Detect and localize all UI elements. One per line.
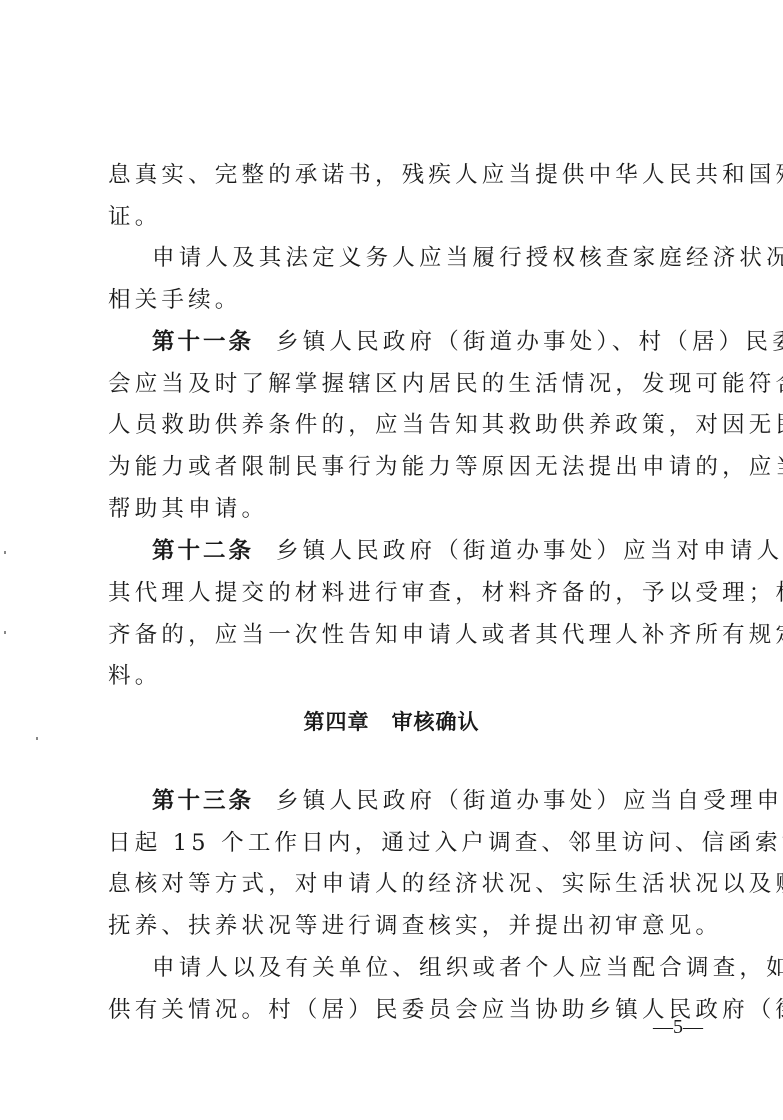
text-line: 抚养、扶养状况等进行调查核实，并提出初审意见。 — [108, 911, 704, 941]
text-line: 息真实、完整的承诺书，残疾人应当提供中华人民共和国残疾人 — [108, 160, 704, 190]
article-11-first-line: 第十一条乡镇人民政府（街道办事处）、村（居）民委员 — [152, 327, 704, 357]
chapter-number: 第四章 — [304, 710, 370, 734]
text-line: 人员救助供养条件的，应当告知其救助供养政策，对因无民事行 — [108, 410, 704, 440]
text-line: 申请人及其法定义务人应当履行授权核查家庭经济状况的 — [152, 243, 704, 273]
text-line: 料。 — [108, 661, 704, 691]
text-line: 乡镇人民政府（街道办事处）应当对申请人或者 — [276, 538, 783, 564]
article-13-first-line: 第十三条乡镇人民政府（街道办事处）应当自受理申请之 — [152, 786, 704, 816]
chapter-title: 审核确认 — [392, 710, 480, 734]
article-label: 第十一条 — [152, 329, 254, 355]
scan-mark — [4, 631, 6, 634]
text-line: 日起 15 个工作日内，通过入户调查、邻里访问、信函索证、信 — [108, 828, 704, 858]
text-line: 齐备的，应当一次性告知申请人或者其代理人补齐所有规定材 — [108, 620, 704, 650]
article-label: 第十二条 — [152, 538, 254, 564]
scan-mark — [36, 737, 38, 740]
text-line: 证。 — [108, 202, 704, 232]
chapter-heading: 第四章审核确认 — [0, 706, 783, 736]
text-line: 其代理人提交的材料进行审查，材料齐备的，予以受理；材料不 — [108, 578, 704, 608]
scan-mark — [4, 551, 6, 554]
document-page: 息真实、完整的承诺书，残疾人应当提供中华人民共和国残疾人 证。 申请人及其法定义… — [0, 0, 783, 1120]
text-line: 息核对等方式，对申请人的经济状况、实际生活状况以及赡养、 — [108, 869, 704, 899]
text-line: 相关手续。 — [108, 285, 704, 315]
article-label: 第十三条 — [152, 788, 254, 814]
text-line: 乡镇人民政府（街道办事处）、村（居）民委员 — [276, 329, 783, 355]
text-line: 供有关情况。村（居）民委员会应当协助乡镇人民政府（街道办 — [108, 995, 704, 1025]
text-line: 申请人以及有关单位、组织或者个人应当配合调查，如实提 — [152, 953, 704, 983]
text-line: 帮助其申请。 — [108, 494, 704, 524]
text-line: 会应当及时了解掌握辖区内居民的生活情况，发现可能符合特困 — [108, 369, 704, 399]
article-12-first-line: 第十二条乡镇人民政府（街道办事处）应当对申请人或者 — [152, 536, 704, 566]
text-line: 乡镇人民政府（街道办事处）应当自受理申请之 — [276, 788, 783, 814]
text-line: 为能力或者限制民事行为能力等原因无法提出申请的，应当主动 — [108, 452, 704, 482]
page-number: —5— — [653, 1016, 703, 1039]
